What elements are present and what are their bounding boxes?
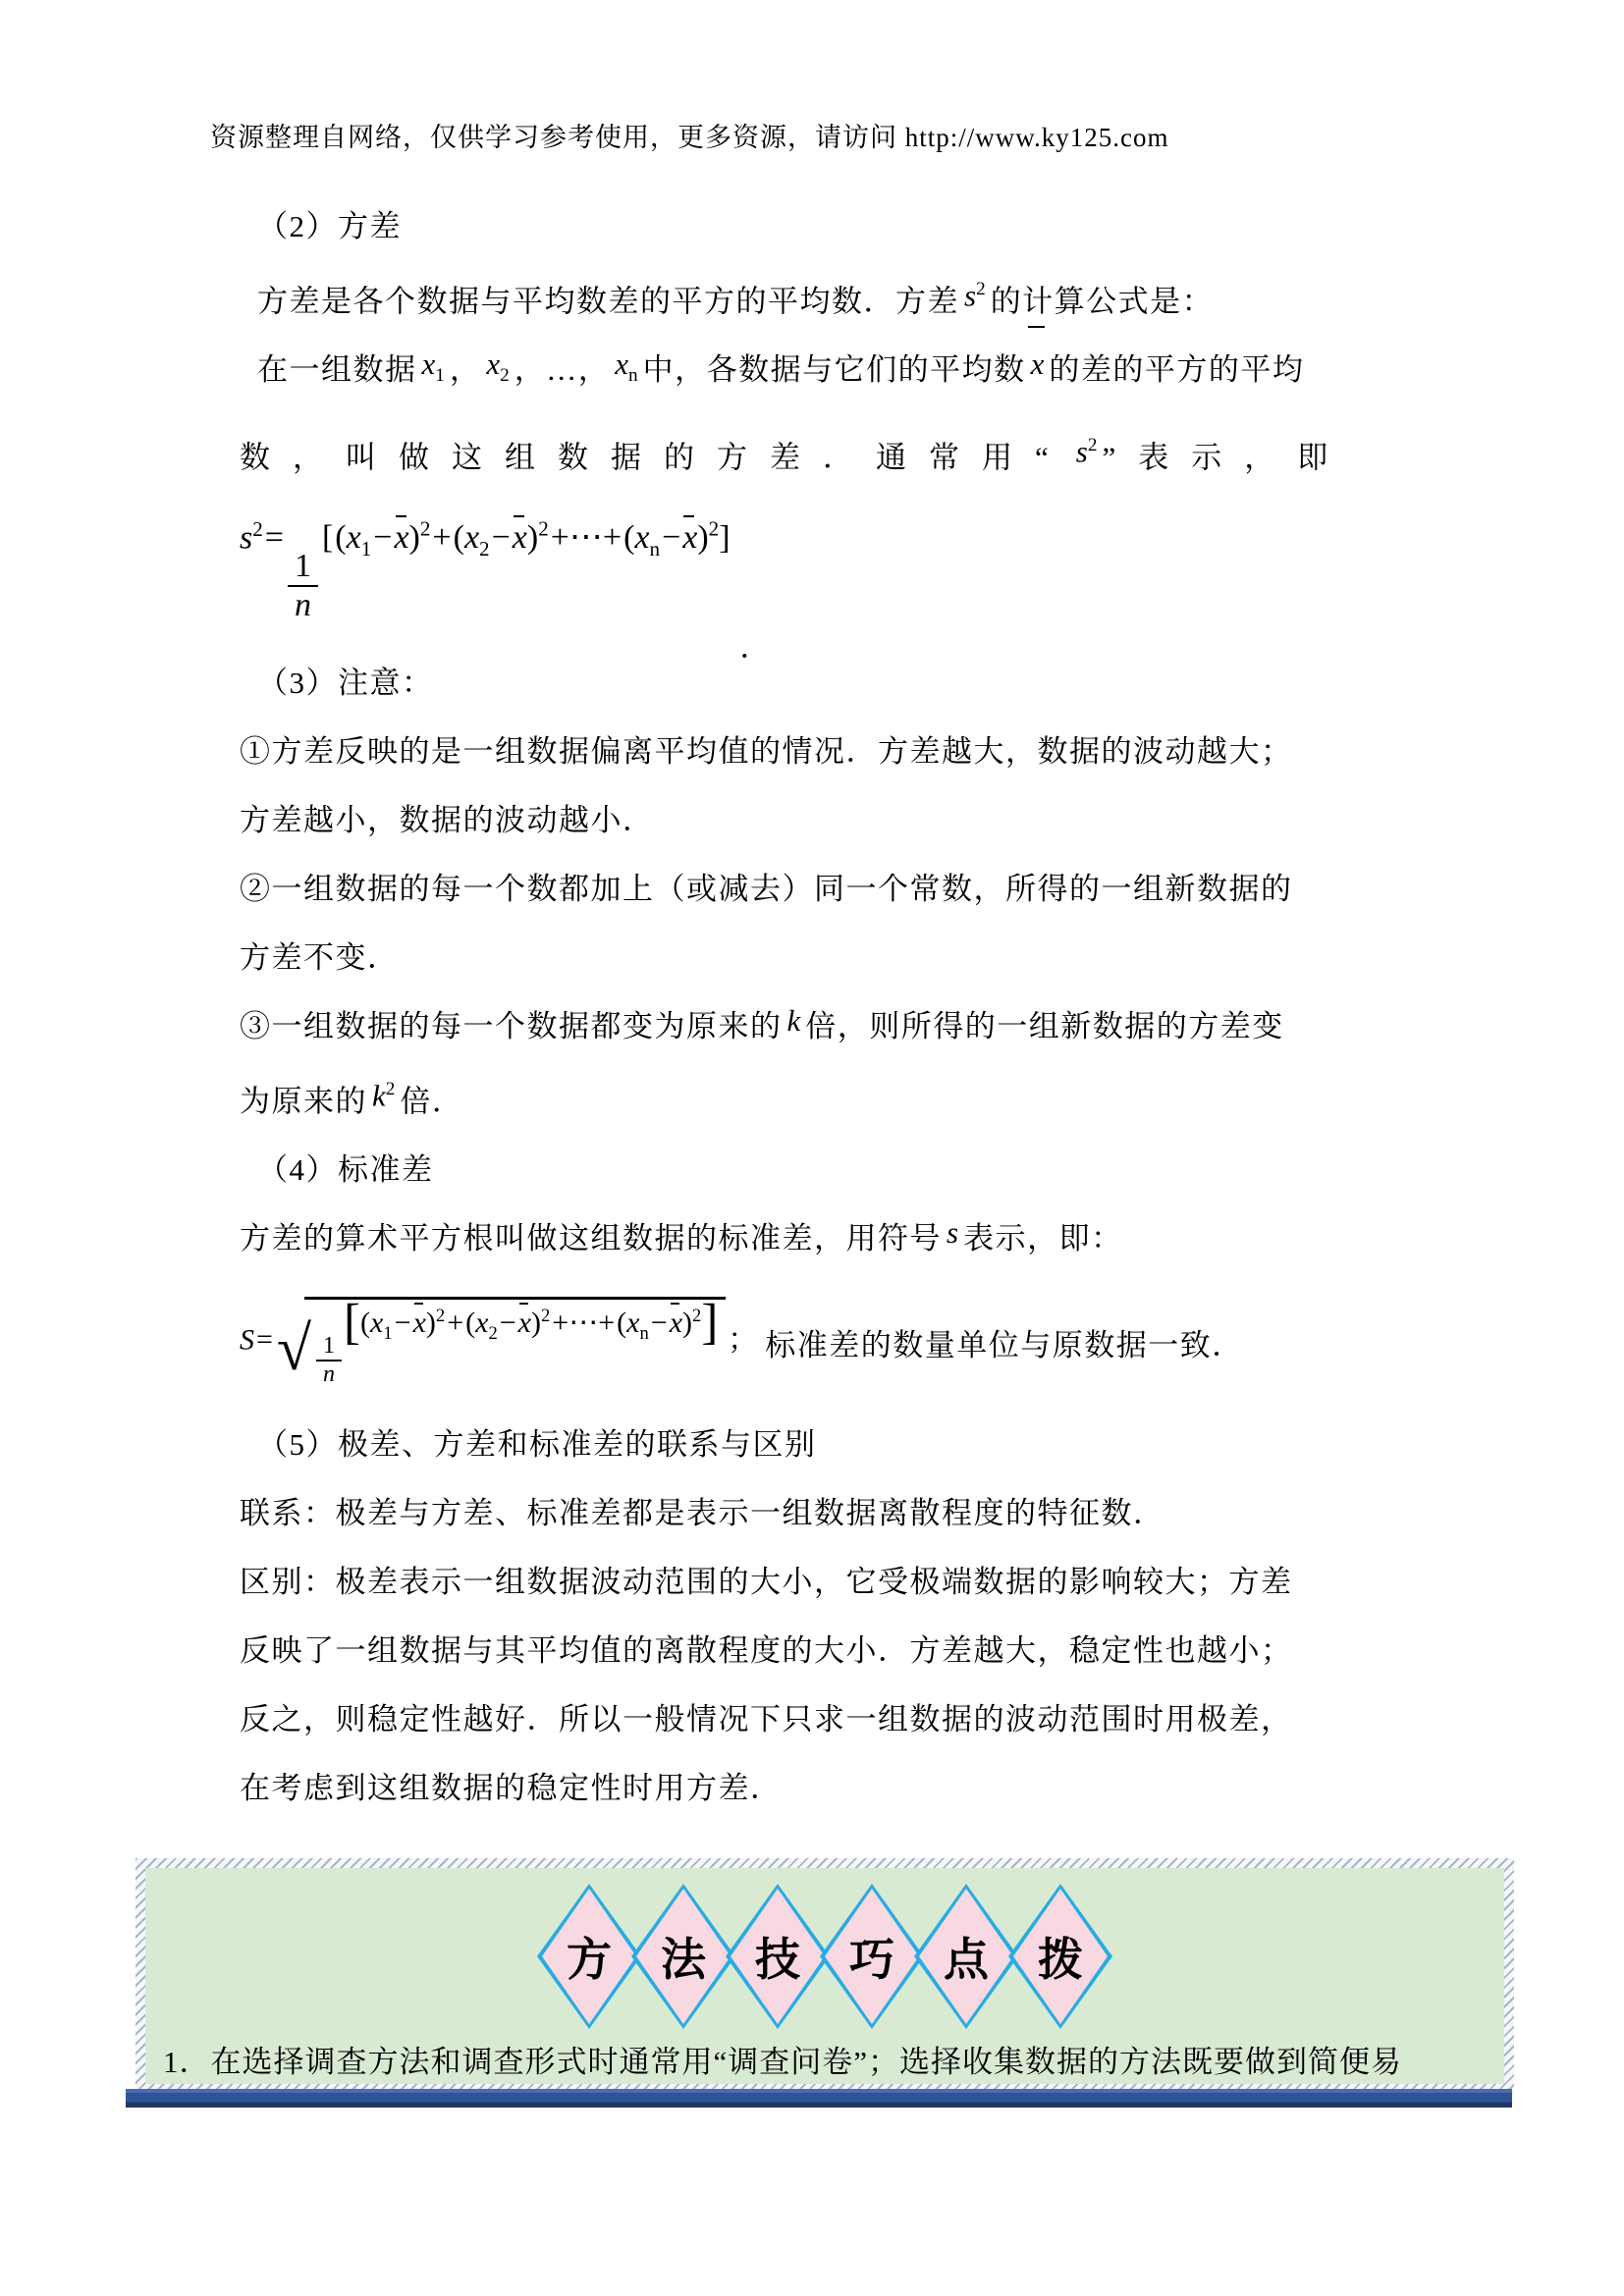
math-token: + [430,519,453,556]
diamond-fill: 拨 [1013,1889,1108,2024]
math-token: 2 [538,517,549,541]
math-token: x [413,1307,426,1340]
math-token: 2 [420,517,431,541]
inline-math-x2: x2 [481,330,514,410]
text-run: ，…， [514,352,611,387]
text-run: 倍，则所得的一组新数据的方差变 [805,1009,1284,1043]
heading-stddev: （4）标准差 [240,1136,1379,1204]
math-token: x [626,1307,639,1339]
radicand: 1n[(x1−x)2+(x2−x)2+⋯+(xn−x)2] [304,1297,726,1388]
para-data-set: 在一组数据x1，x2，…，xn中，各数据与它们的平均数x的差的平方的平均 [240,336,1379,416]
document-body: （2）方差 方差是各个数据与平均数差的平方的平均数．方差s2的计算公式是： 在一… [240,192,1379,1823]
math-token: ( [623,519,634,556]
math-token: ) [409,519,420,556]
inline-math-s: s [942,1199,963,1267]
math-token: 2 [488,1323,497,1344]
math-token: − [371,519,394,556]
text-run: ， [450,352,482,387]
math-token: 2 [976,279,986,299]
inline-math-xbar: x [1026,330,1050,399]
diamond-fill: 法 [636,1889,731,2024]
math-token: − [660,519,682,556]
method-tips-banner: 方 法 技 巧 点 拨 [542,1884,1108,2029]
formula-period: ． [740,622,771,667]
fraction-1-over-n: 1n [316,1334,342,1387]
math-token: n [650,537,661,561]
math-token: 2 [541,1306,550,1326]
math-token: 2 [692,1306,701,1326]
math-token: ] [701,1295,718,1350]
math-token: x [513,519,527,557]
formula-term: (x1−x)2 [360,1307,445,1339]
text-run: ”表示，即 [1102,440,1350,474]
text-run: 为原来的 [240,1084,367,1118]
inline-math-x1: x1 [417,330,450,410]
math-token: x [682,519,697,557]
note-2-line1: ②一组数据的每一个数都加上（或减去）同一个常数，所得的一组新数据的 [240,855,1379,924]
formula-term: (x2−x)2 [465,1307,550,1339]
math-token: x [615,347,628,381]
math-token: x [475,1307,488,1339]
para-variance-def: 方差是各个数据与平均数差的平方的平均数．方差s2的计算公式是： [240,261,1379,336]
variance-formula: s2=1n[(x1−x)2+(x2−x)2+⋯+(xn−x)2] ． [240,492,1379,649]
stddev-formula-math: S=√1n[(x1−x)2+(x2−x)2+⋯+(xn−x)2]； [240,1297,757,1388]
fraction-1-over-n: 1n [288,549,318,622]
text-run: 的计算公式是： [991,284,1215,318]
inline-math-s2: s2 [1071,411,1103,486]
source-notice: 资源整理自网络，仅供学习参考使用，更多资源，请访问 http://www.ky1… [210,116,1168,154]
math-token: [ [344,1295,360,1350]
math-token: ( [335,519,346,556]
para-stddev-def: 方差的算术平方根叫做这组数据的标准差，用符号s表示，即： [240,1204,1379,1273]
bottom-accent-bar [126,2089,1512,2108]
math-token: = [263,519,286,556]
diamond-char: 法 [661,1924,706,1989]
diamond-char: 方 [567,1924,612,1989]
math-token: = [254,1323,275,1356]
note-1-line2: 方差越小，数据的波动越小． [240,786,1379,855]
para-variance-name: 数，叫做这组数据的方差．通常用“s2”表示，即 [240,417,1379,492]
math-token: n [639,1323,648,1344]
method-tips-inner: 方 法 技 巧 点 拨 1．在选择调查方法和调查形式时通常用“调查问卷”；选择收… [145,1868,1504,2084]
text-run: 中，各数据与它们的平均数 [643,352,1026,387]
math-token: + [445,1307,465,1339]
math-token: ) [697,519,708,556]
math-token: 2 [500,366,510,387]
para-diff-line1: 区别：极差表示一组数据波动范围的大小，它受极端数据的影响较大；方差 [240,1548,1379,1617]
para-diff-line3: 反之，则稳定性越好．所以一般情况下只求一组数据的波动范围时用极差， [240,1685,1379,1754]
text-run: ③一组数据的每一个数据都变为原来的 [240,1009,783,1043]
diamond-char: 巧 [849,1924,894,1989]
math-token: S [240,1323,254,1356]
para-diff-line4: 在考虑到这组数据的稳定性时用方差． [240,1754,1379,1823]
text-run: 倍． [400,1084,463,1118]
inline-math-k: k [783,987,806,1055]
text-run: 在一组数据 [257,352,417,387]
note-1-line1: ①方差反映的是一组数据偏离平均值的情况．方差越大，数据的波动越大； [240,718,1379,786]
document-page: 资源整理自网络，仅供学习参考使用，更多资源，请访问 http://www.ky1… [0,0,1624,2296]
math-token: x [394,519,408,557]
math-token: +⋯+ [549,519,623,556]
inline-math-xn: xn [610,330,642,410]
heading-note: （3）注意： [240,649,1379,718]
math-token: n [316,1362,342,1387]
math-token: 2 [709,517,720,541]
math-token: s [1076,434,1088,468]
inline-math-s2: s2 [959,255,991,330]
diamond-fill: 巧 [825,1889,919,2024]
math-token: s [964,278,976,312]
note-2-line2: 方差不变． [240,924,1379,992]
math-token: ( [454,519,464,556]
math-token: − [393,1307,413,1339]
math-token: x [422,347,436,381]
radical-sign: √ [277,1317,311,1380]
diamond-badge: 点 [914,1884,1018,2029]
text-run: 表示，即： [963,1221,1123,1255]
formula-term: (x1−x)2 [335,519,430,556]
variance-formula-math: s2=1n[(x1−x)2+(x2−x)2+⋯+(xn−x)2] [240,517,731,623]
math-token: 1 [288,549,318,587]
math-token: ) [527,519,538,556]
square-root: √1n[(x1−x)2+(x2−x)2+⋯+(xn−x)2] [277,1297,726,1388]
math-token: s [240,519,252,556]
math-token: ) [682,1307,692,1339]
math-token: 2 [479,537,490,561]
formula-term: (x2−x)2 [454,519,549,556]
math-token: x [670,1307,682,1340]
diamond-fill: 方 [542,1889,636,2024]
para-diff-line2: 反映了一组数据与其平均值的离散程度的大小．方差越大，稳定性也越小； [240,1617,1379,1685]
math-token: ； [728,1323,757,1356]
math-token: 1 [435,366,445,387]
math-token: x [486,347,500,381]
method-tips-box: 方 法 技 巧 点 拨 1．在选择调查方法和调查形式时通常用“调查问卷”；选择收… [135,1858,1514,2094]
text-run: 方差是各个数据与平均数差的平方的平均数．方差 [257,284,959,318]
diamond-badge: 法 [631,1884,735,2029]
diamond-badge: 方 [537,1884,641,2029]
tip-item-1: 1．在选择调查方法和调查形式时通常用“调查问卷”；选择收集数据的方法既要做到简便… [145,2037,1504,2081]
inline-math-k2: k2 [367,1055,400,1130]
math-token: x [518,1307,531,1340]
diamond-char: 拨 [1038,1924,1083,1989]
math-token: ) [426,1307,436,1339]
diamond-fill: 技 [731,1889,825,2024]
heading-comparison: （5）极差、方差和标准差的联系与区别 [240,1411,1379,1479]
math-token: x [347,519,361,556]
text-run: 方差的算术平方根叫做这组数据的标准差，用符号 [240,1221,942,1255]
math-token: 1 [383,1323,392,1344]
math-token: 2 [386,1079,396,1099]
stddev-note: 标准差的数量单位与原数据一致． [765,1320,1244,1364]
para-link: 联系：极差与方差、标准差都是表示一组数据离散程度的特征数． [240,1479,1379,1548]
math-token: n [288,587,318,623]
diamond-badge: 技 [726,1884,830,2029]
math-token: ] [719,519,730,556]
diamond-badge: 巧 [820,1884,924,2029]
diamond-char: 技 [755,1924,800,1989]
math-token: x [634,519,649,556]
text-run: 数，叫做这组数据的方差．通常用“ [240,440,1071,474]
heading-variance: （2）方差 [240,192,1379,261]
math-token: − [490,519,513,556]
math-token: x [370,1307,383,1339]
math-token: n [628,366,638,387]
math-token: ( [465,1307,475,1339]
math-token: 2 [1088,435,1098,455]
math-token: ) [531,1307,541,1339]
stddev-formula: S=√1n[(x1−x)2+(x2−x)2+⋯+(xn−x)2]； 标准差的数量… [240,1273,1379,1411]
math-token: 2 [436,1306,445,1326]
diamond-char: 点 [944,1924,989,1989]
math-token: − [649,1307,670,1339]
math-token: 1 [316,1334,342,1362]
diamond-fill: 点 [919,1889,1013,2024]
note-3-line2: 为原来的k2倍． [240,1061,1379,1136]
text-run: 的差的平方的平均 [1049,352,1304,387]
math-token: +⋯+ [550,1307,617,1339]
math-token: [ [320,519,335,556]
formula-term: (xn−x)2 [623,519,719,556]
math-token: 1 [361,537,372,561]
formula-term: (xn−x)2 [617,1307,701,1339]
diamond-badge: 拨 [1008,1884,1112,2029]
math-token: k [372,1078,386,1112]
math-token: ( [360,1307,370,1339]
note-3-line1: ③一组数据的每一个数据都变为原来的k倍，则所得的一组新数据的方差变 [240,992,1379,1061]
math-token: ( [617,1307,626,1339]
math-token: x [464,519,479,556]
math-token: 2 [252,517,263,541]
math-token: − [498,1307,518,1339]
